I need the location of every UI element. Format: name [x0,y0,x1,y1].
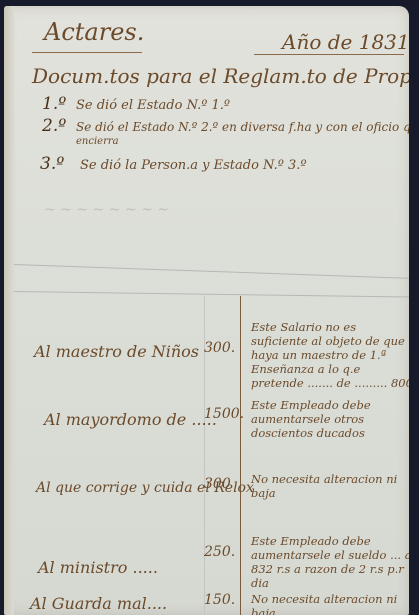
table-row-amount: 1500. [204,406,244,422]
year-underline [254,54,404,55]
table-row-note: Este Salario no es suficiente al objeto … [251,320,409,390]
table-row-note: Este Empleado debe aumentarsele el sueld… [251,534,409,590]
table-row-amount: 300. [204,340,235,356]
item-continuation: encierra [76,136,119,147]
table-row-note: No necesita alteracion ni baja [251,472,409,500]
item-text: Se dió el Estado N.º 2.º en diversa f.ha… [76,120,409,134]
table-row-amount: 300 [204,476,231,492]
item-number: 1.º [42,94,66,114]
left-heading: Actares. [44,18,144,46]
table-row-label: Al mayordomo de ..... [44,410,217,429]
binding-edge [4,6,14,615]
pencil-line [14,291,409,298]
table-row-label: Al Guarda mal.... [30,594,167,613]
item-text: Se dió la Person.a y Estado N.º 3.º [80,158,307,173]
document-title: Docum.tos para el Reglam.to de Propios [32,64,409,88]
table-row-amount: 250. [204,544,235,560]
table-row-label: Al ministro ..... [38,558,158,577]
table-row-note: Este Empleado debe aumentarsele otros do… [251,398,409,440]
table-row-amount: 150. [204,592,235,608]
bleed-through-text: ~ ~ ~ ~ ~ ~ ~ ~ [44,202,169,218]
pencil-line [14,264,409,279]
table-row-note: No necesita alteracion ni baja [251,592,409,615]
item-text: Se dió el Estado N.º 1.º [76,98,230,113]
heading-underline [32,52,142,53]
item-number: 3.º [40,154,64,174]
item-number: 2.º [42,116,66,136]
column-divider [240,296,241,615]
table-row-label: Al maestro de Niños [34,342,199,361]
year-heading: Año de 1831 [282,30,409,54]
manuscript-page: Actares. Año de 1831 Docum.tos para el R… [4,6,409,615]
